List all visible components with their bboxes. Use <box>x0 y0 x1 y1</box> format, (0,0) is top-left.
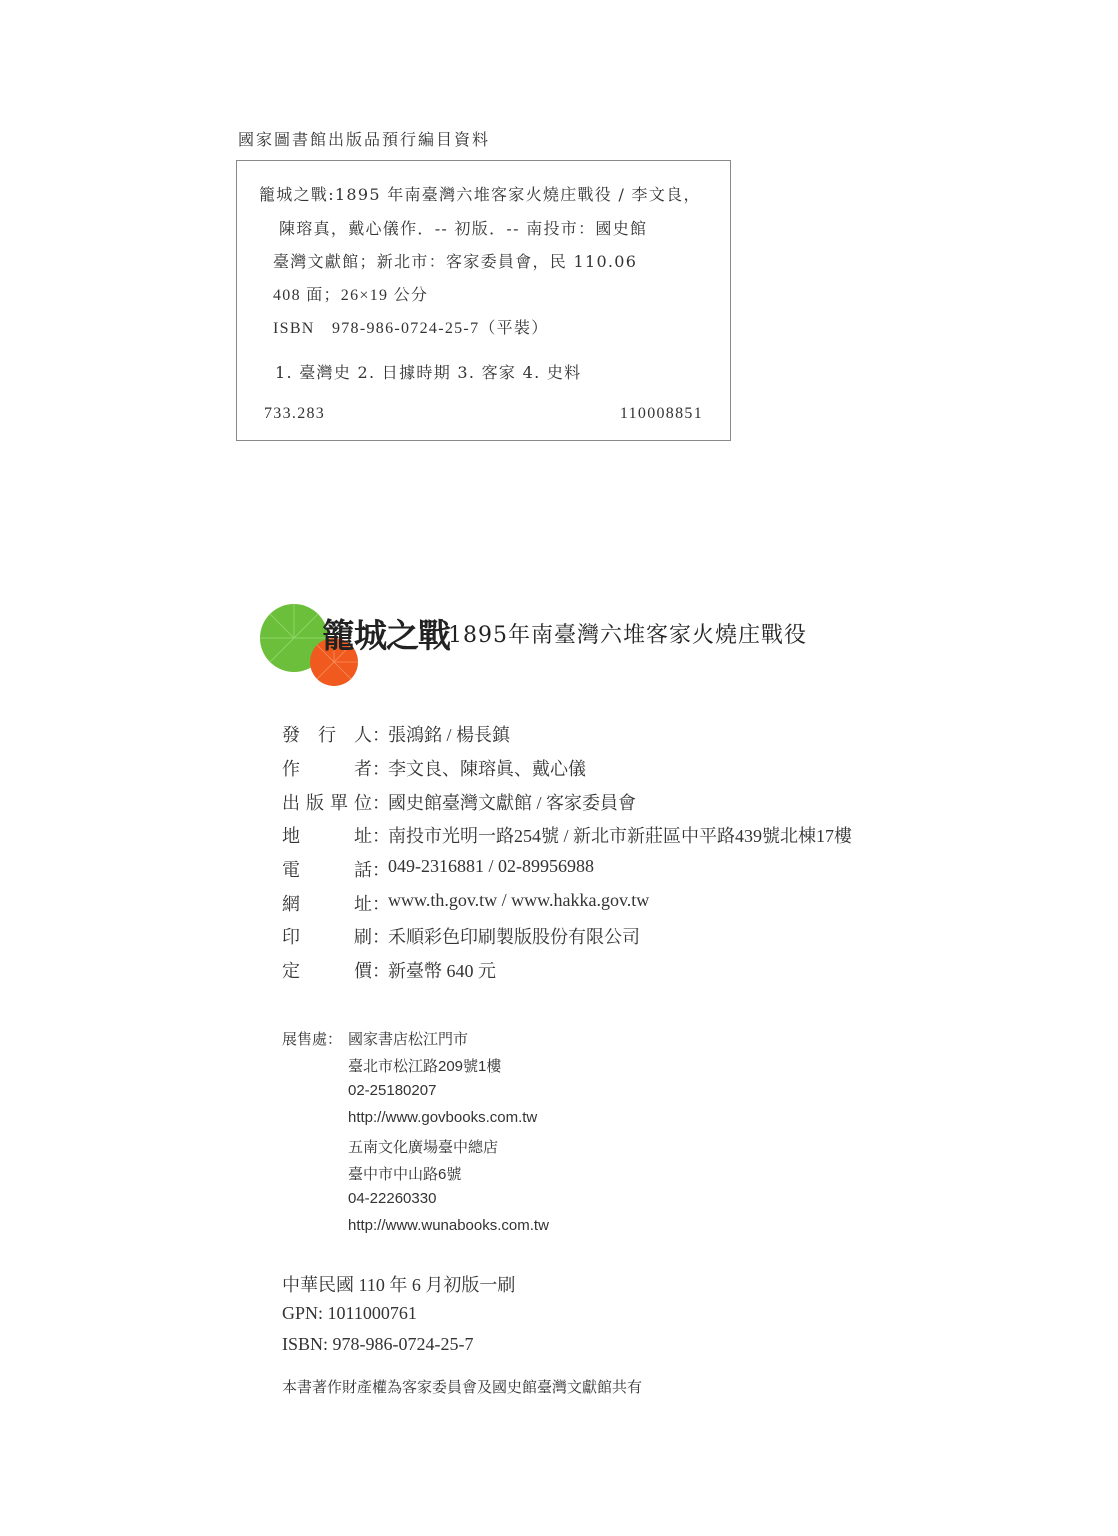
sales-line: 國家書店松江門市 <box>348 1028 468 1049</box>
sales-line: 02-25180207 <box>348 1082 436 1099</box>
cip-line-2: 陳瑢真，戴心儀作．-- 初版．-- 南投市：國史館 <box>279 216 647 239</box>
info-value: www.th.gov.tw / www.hakka.gov.tw <box>388 890 649 916</box>
book-title-sub: ：1895年南臺灣六堆客家火燒庄戰役 <box>425 618 807 649</box>
isbn-text: ISBN: 978-986-0724-25-7 <box>282 1334 474 1355</box>
info-row-publishing-unit: 出版單位 ：國史館臺灣文獻館 / 客家委員會 <box>282 789 636 815</box>
info-label: 出版單位 <box>282 789 372 815</box>
gpn-text: GPN: 1011000761 <box>282 1303 417 1324</box>
info-row-publisher: 發行人 ：張鴻銘 / 楊長鎮 <box>282 721 510 747</box>
cip-record-number: 110008851 <box>620 405 703 423</box>
sales-line: 五南文化廣場臺中總店 <box>348 1136 498 1157</box>
info-row-printer: 印刷 ：禾順彩色印刷製版股份有限公司 <box>282 923 640 949</box>
cip-line-3: 臺灣文獻館；新北市：客家委員會，民 110.06 <box>273 249 637 272</box>
edition-text: 中華民國 110 年 6 月初版一刷 <box>282 1271 515 1297</box>
sales-line: 臺中市中山路6號 <box>348 1163 461 1184</box>
info-label: 地址 <box>282 822 372 848</box>
sales-link[interactable]: http://www.govbooks.com.tw <box>348 1109 537 1126</box>
cip-line-isbn: ISBN 978-986-0724-25-7（平裝） <box>273 315 549 338</box>
sales-label: 展售處： <box>282 1028 342 1049</box>
info-row-price: 定價 ：新臺幣 640 元 <box>282 957 496 983</box>
sales-link[interactable]: http://www.wunabooks.com.tw <box>348 1217 549 1234</box>
info-row-phone: 電話 ：049-2316881 / 02-89956988 <box>282 856 594 882</box>
info-value: 049-2316881 / 02-89956988 <box>388 856 594 882</box>
info-label: 電話 <box>282 856 372 882</box>
info-label: 發行人 <box>282 721 372 747</box>
info-value: 國史館臺灣文獻館 / 客家委員會 <box>388 789 636 815</box>
sales-line: 臺北市松江路209號1樓 <box>348 1055 501 1076</box>
info-label: 網址 <box>282 890 372 916</box>
info-value: 張鴻銘 / 楊長鎮 <box>388 721 510 747</box>
cip-classification: 733.283 <box>264 405 325 423</box>
cip-heading: 國家圖書館出版品預行編目資料 <box>238 127 490 150</box>
info-value: 南投市光明一路254號 / 新北市新莊區中平路439號北棟17樓 <box>388 822 852 848</box>
cip-line-1: 籠城之戰:1895 年南臺灣六堆客家火燒庄戰役 / 李文良， <box>259 182 701 205</box>
info-label: 定價 <box>282 957 372 983</box>
cip-line-4: 408 面；26×19 公分 <box>273 282 428 305</box>
info-row-address: 地址 ：南投市光明一路254號 / 新北市新莊區中平路439號北棟17樓 <box>282 822 852 848</box>
info-row-author: 作者 ：李文良、陳瑢眞、戴心儀 <box>282 755 586 781</box>
cip-subjects: 1. 臺灣史 2. 日據時期 3. 客家 4. 史料 <box>275 360 581 383</box>
copyright-text: 本書著作財產權為客家委員會及國史館臺灣文獻館共有 <box>282 1376 642 1397</box>
info-value: 新臺幣 640 元 <box>388 957 496 983</box>
info-value: 李文良、陳瑢眞、戴心儀 <box>388 755 586 781</box>
info-value: 禾順彩色印刷製版股份有限公司 <box>388 923 640 949</box>
sales-line: 04-22260330 <box>348 1190 436 1207</box>
cip-record-box: 籠城之戰:1895 年南臺灣六堆客家火燒庄戰役 / 李文良， 陳瑢真，戴心儀作．… <box>236 160 731 441</box>
info-label: 印刷 <box>282 923 372 949</box>
info-row-website: 網址 ：www.th.gov.tw / www.hakka.gov.tw <box>282 890 649 916</box>
info-label: 作者 <box>282 755 372 781</box>
